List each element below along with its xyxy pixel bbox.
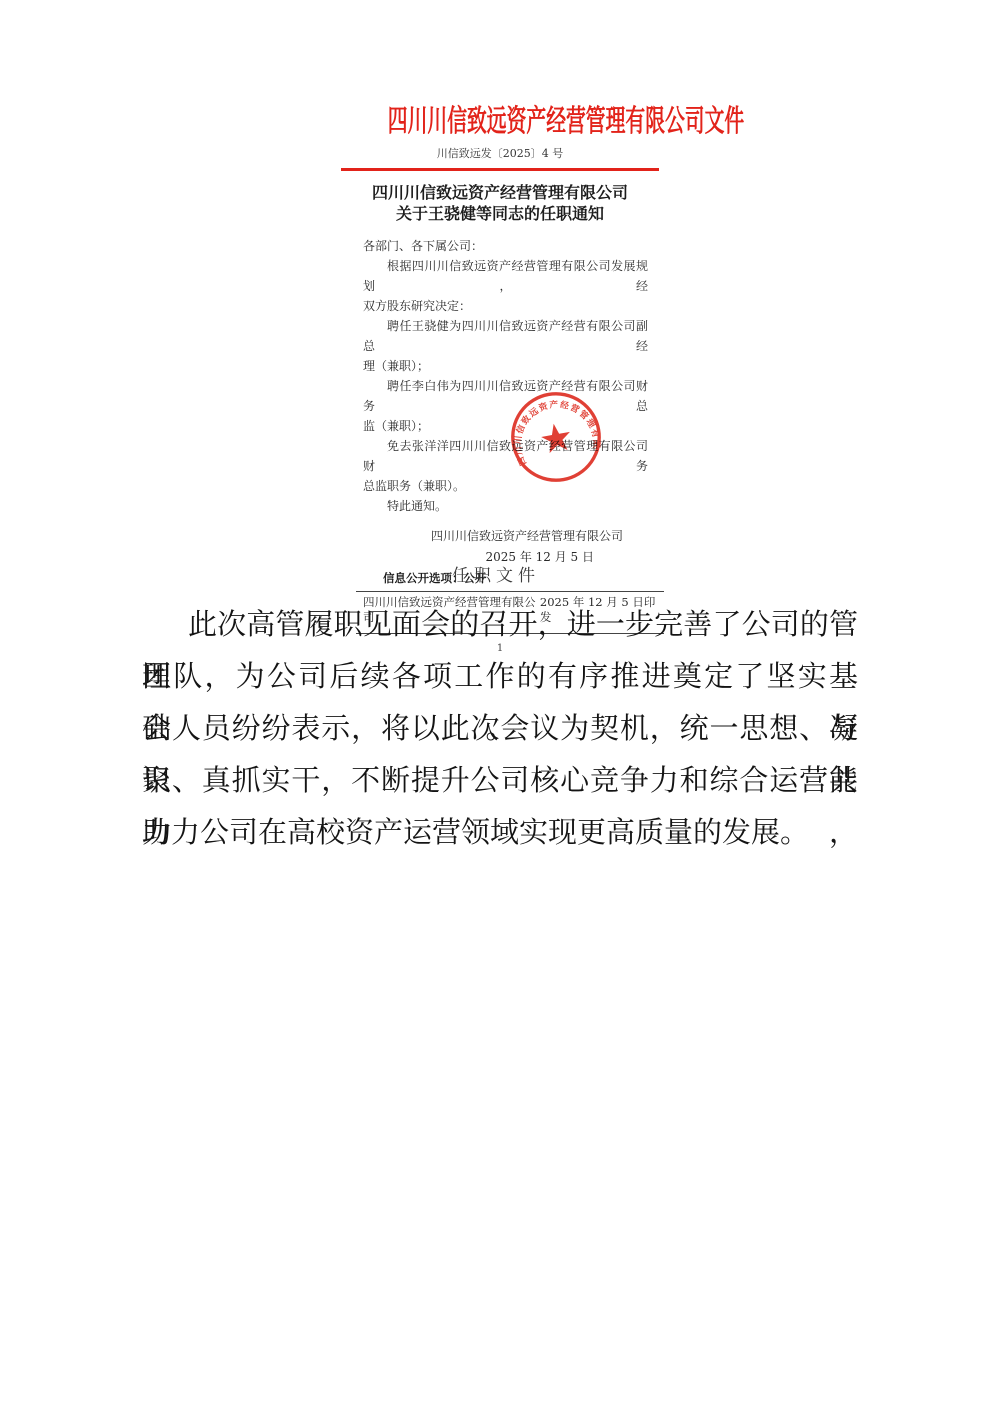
article-line: 识、真抓实干，不断提升公司核心竞争力和综合运营能力， [142, 754, 858, 806]
article-line: 团队，为公司后续各项工作的有序推进奠定了坚实基础。与 [142, 650, 858, 702]
article-line: 此次高管履职见面会的召开，进一步完善了公司的管理 [142, 598, 858, 650]
article-paragraph: 此次高管履职见面会的召开，进一步完善了公司的管理 团队，为公司后续各项工作的有序… [142, 598, 858, 858]
body-line: 监（兼职）； [363, 416, 648, 436]
signature-company: 四川川信致远资产经营管理有限公司 [330, 528, 670, 544]
page: 四川川信致远资产经营管理有限公司文件 川信致远发〔2025〕4 号 四川川信致远… [0, 0, 992, 1403]
red-divider-line [341, 168, 659, 171]
document-title: 四川川信致远资产经营管理有限公司 关于王骁健等同志的任职通知 [330, 182, 670, 224]
document-title-line2: 关于王骁健等同志的任职通知 [330, 203, 670, 224]
article-line: 助力公司在高校资产运营领域实现更高质量的发展。 [142, 806, 858, 858]
document-title-line1: 四川川信致远资产经营管理有限公司 [330, 182, 670, 203]
body-line: 根据四川川信致远资产经营管理有限公司发展规划，经 [363, 256, 648, 296]
body-line: 各部门、各下属公司： [363, 236, 648, 256]
body-line: 理（兼职）； [363, 356, 648, 376]
document-number: 川信致远发〔2025〕4 号 [330, 147, 670, 161]
body-line-closing: 特此通知。 [363, 496, 648, 516]
scanned-document: 四川川信致远资产经营管理有限公司文件 川信致远发〔2025〕4 号 四川川信致远… [330, 95, 670, 555]
body-line: 总监职务（兼职）。 [363, 476, 648, 496]
body-line: 聘任王骁健为四川川信致远资产经营有限公司副总经 [363, 316, 648, 356]
body-line: 聘任李白伟为四川川信致远资产经营有限公司财务总 [363, 376, 648, 416]
body-line: 免去张洋洋四川川信致远资产经营管理有限公司财务 [363, 436, 648, 476]
article-line: 会人员纷纷表示，将以此次会议为契机，统一思想、凝聚共 [142, 702, 858, 754]
image-caption: 任职文件 [0, 561, 992, 586]
body-line: 双方股东研究决定： [363, 296, 648, 316]
document-red-header: 四川川信致远资产经营管理有限公司文件 [388, 105, 612, 139]
document-body: 各部门、各下属公司： 根据四川川信致远资产经营管理有限公司发展规划，经 双方股东… [330, 236, 670, 516]
